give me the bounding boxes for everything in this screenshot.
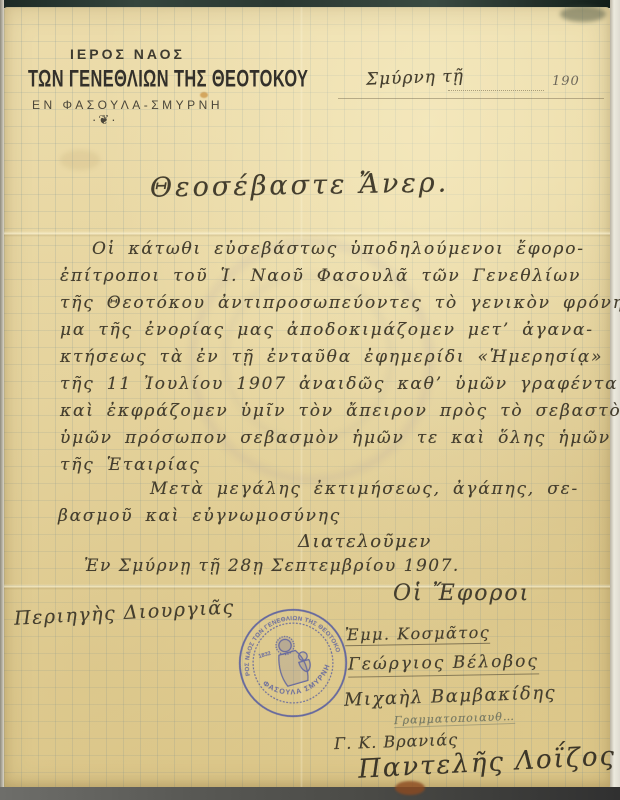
stain-left [60,150,100,170]
written-date-place: Ἐν Σμύρνῃ τῇ 28ῃ Σεπτεμβρίου 1907. [84,556,460,576]
body-line: τῆς Θεοτόκου ἀντιπροσωπεύοντες τὸ γενικὸ… [60,290,620,317]
closing-line-2: βασμοῦ καὶ εὐγνωμοσύνης [58,506,341,526]
stain-bottom-brown [395,781,425,795]
scanned-letter: ΙΕΡΟΣ ΝΑΟΣ ΤΩΝ ΓΕΝΕΘΛΙΩΝ ΤΗΣ ΘΕΟΤΟΚΟΥ ΕΝ… [0,0,620,800]
dateline-rule [338,98,604,99]
body-line: Οἱ κάτωθι εὐσεβάστως ὑποδηλούμενοι ἔφορο… [60,236,620,263]
valediction: Διατελοῦμεν [298,531,432,552]
body-line: τῆς 11 Ἰουλίου 1907 ἀναιδῶς καθ’ ὑμῶν γρ… [60,371,620,398]
dateline-printed-year: 190 [552,74,580,89]
signature-kosmatos: Ἐμμ. Κοσμᾶτος [345,623,491,647]
body-line: καὶ ἐκφράζομεν ὑμῖν τὸν ἄπειρον πρὸς τὸ … [60,398,620,425]
dateline-dotted-leader [448,76,544,91]
salutation: Θεοσέβαστε Ἄνερ. [150,167,450,203]
seal-year: 1832 [258,651,272,660]
stain-top-right [560,6,606,22]
signatories-heading: Οἱ Ἔφοροι [393,581,530,606]
body-line: κτήσεως τὰ ἐν τῇ ἐνταῦθα ἐφημερίδι «Ἡμερ… [60,344,620,371]
letterhead-church-name-secondary: ΤΩΝ ΓΕΝΕΘΛΙΩΝ ΤΗΣ ΘΕΟΤΟΚΟΥ [28,66,308,94]
body-line: μα τῆς ἐνορίας μας ἀποδοκιμάζομεν μετ’ ἀ… [60,317,620,344]
scan-edge-bottom [0,787,620,800]
body-line: ἐπίτροποι τοῦ Ἱ. Ναοῦ Φασουλᾶ τῶν Γενεθλ… [60,263,620,290]
fleuron-ornament-icon: ·❦· [92,112,118,128]
letterhead-church-name-primary: ΙΕΡΟΣ ΝΑΟΣ [70,46,185,62]
body-line: ὑμῶν πρόσωπον σεβασμὸν ἡμῶν τε καὶ ὅλης … [60,425,620,452]
body-paragraph: Οἱ κάτωθι εὐσεβάστως ὑποδηλούμενοι ἔφορο… [60,236,620,479]
signature-velovos: Γεώργιος Βέλοβος [348,651,539,677]
theotokos-icon [272,632,315,687]
closing-line-1: Μετὰ μεγάλης ἐκτιμήσεως, ἀγάπης, σε- [150,479,579,499]
letterhead-location: ΕΝ ΦΑΣΟΥΛΑ-ΣΜΥΡΝΗ [32,98,223,112]
body-line: τῆς Ἑταιρίας [60,452,620,479]
